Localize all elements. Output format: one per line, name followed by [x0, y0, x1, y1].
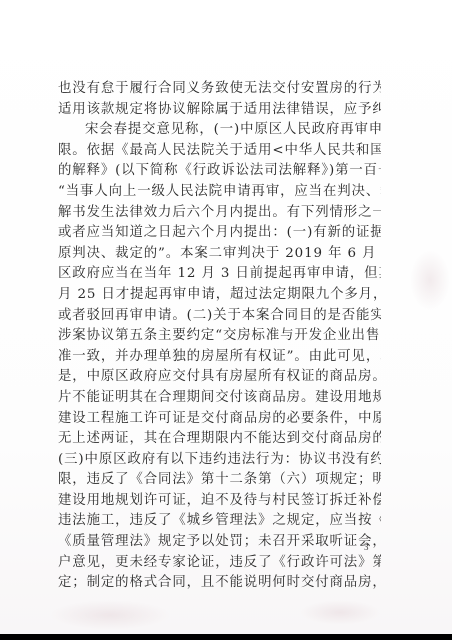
text-line: 也没有怠于履行合同义务致使无法交付安置房的行为，二审法院 — [58, 79, 381, 100]
text-line: 限，违反了《合同法》第十二条第（六）项规定；明知其未取得 — [58, 470, 381, 491]
document-page: 也没有怠于履行合同义务致使无法交付安置房的行为，二审法院 适用该款规定将协议解除… — [0, 0, 452, 634]
document-body: 也没有怠于履行合同义务致使无法交付安置房的行为，二审法院 适用该款规定将协议解除… — [58, 79, 381, 594]
text-line: 《质量管理法》规定予以处罚；未召开采取听证会，未听取拆迁 — [58, 532, 381, 553]
paragraph-start-line: 宋会春提交意见称，(一)中原区人民政府再审申请超法定期 — [58, 120, 381, 141]
text-line: “当事人向上一级人民法院申请再审，应当在判决、裁定或者调 — [58, 182, 381, 203]
scan-smudge — [50, 600, 170, 630]
text-line: 建设工程施工许可证是交付商品房的必要条件，中原区政府承认 — [58, 409, 381, 430]
text-line: 适用该款规定将协议解除属于适用法律错误，应予纠正。 — [58, 100, 381, 121]
page-number: 3 — [364, 542, 369, 552]
text-line: 原判决、裁定的”。本案二审判决于 2019 年 6 月 3 日生效，中原 — [58, 244, 381, 265]
text-line: 或者应当知道之日起六个月内提出：(一)有新的证据，足以推翻 — [58, 223, 381, 244]
text-line: 解书发生法律效力后六个月内提出。有下列情形之一的，自知道 — [58, 203, 381, 224]
text-line: 月 25 日才提起再审申请，超过法定期限九个多月，应当不予受理 — [58, 285, 381, 306]
text-line: 或者驳回再审申请。(二)关于本案合同目的是否能实现的问题。 — [58, 306, 381, 327]
text-line: 限。依据《最高人民法院关于适用<中华人民共和国行政诉讼法> — [58, 141, 381, 162]
text-line: 无上述两证，其在合理期限内不能达到交付商品房的合同目的。 — [58, 429, 381, 450]
text-line: 涉案协议第五条主要约定“交房标准与开发企业出售的商品房标 — [58, 326, 381, 347]
text-line: 的解释》(以下简称《行政诉讼法司法解释》)第一百一十条规定 — [58, 161, 381, 182]
text-line: 户意见，更未经专家论证，违反了《行政许可法》第三十六条规 — [58, 553, 381, 574]
text-line: 片不能证明其在合理期间交付该商品房。建设用地规划许可证和 — [58, 388, 381, 409]
text-line: 建设用地规划许可证，迫不及待与村民签订拆迁补偿安置协议并 — [58, 491, 381, 512]
text-line: 违法施工，违反了《城乡管理法》之规定，应当按《建筑法》和 — [58, 511, 381, 532]
text-line: (三)中原区政府有以下违约违法行为：协议书没有约定交房期 — [58, 450, 381, 471]
text-line: 定；制定的格式合同，且不能说明何时交付商品房，违反了《合 — [58, 573, 381, 594]
scan-smudge — [300, 600, 380, 625]
text-line: 是，中原区政府应交付具有房屋所有权证的商品房。其提交的照 — [58, 367, 381, 388]
scan-smudge — [410, 250, 450, 310]
text-line: 准一致，并办理单独的房屋所有权证”。由此可见，本协议的目的 — [58, 347, 381, 368]
text-line: 区政府应当在当年 12 月 3 日前提起再审申请，但其于 2020 年 9 — [58, 264, 381, 285]
bottom-edge-bar — [0, 634, 452, 640]
